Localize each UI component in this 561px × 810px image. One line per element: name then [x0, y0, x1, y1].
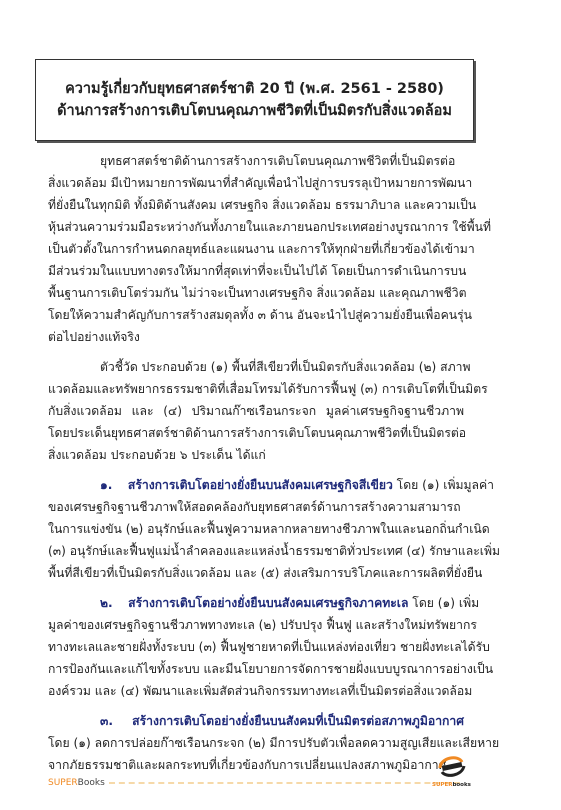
text-line: ที่ยั่งยืนในทุกมิติ ทั้งมิติด้านสังคม เศ… [48, 194, 464, 216]
item-heading-line: ๑. สร้างการเติบโตอย่างยั่งยืนบนสังคมเศรษ… [48, 474, 464, 496]
footer-brand: SUPERBooks [48, 778, 105, 788]
text-line: สิ่งแวดล้อม ประกอบด้วย ๖ ประเด็น ได้แก่ [48, 444, 464, 466]
text-line: แวดล้อมและทรัพยากรธรรมชาติที่เสื่อมโทรมไ… [48, 378, 464, 400]
text-line: มีส่วนร่วมในแบบทางตรงให้มากที่สุดเท่าที่… [48, 260, 464, 282]
title-box: ความรู้เกี่ยวกับยุทธศาสตร์ชาติ 20 ปี (พ.… [35, 59, 474, 141]
text-line: กับสิ่งแวดล้อม และ (๔) ปริมาณก๊าซเรือนกร… [48, 400, 464, 422]
footer-divider [109, 782, 460, 784]
item-heading: สร้างการเติบโตอย่างยั่งยืนบนสังคมเศรษฐกิ… [128, 596, 408, 610]
intro-paragraph: ยุทธศาสตร์ชาติด้านการสร้างการเติบโตบนคุณ… [48, 150, 464, 348]
swirl-logo-icon [432, 752, 472, 782]
document-body: ยุทธศาสตร์ชาติด้านการสร้างการเติบโตบนคุณ… [48, 150, 464, 784]
text-line: พื้นที่สีเขียวที่เป็นมิตรกับสิ่งแวดล้อม … [48, 562, 464, 584]
strategy-item-3: ๓. สร้างการเติบโตอย่างยั่งยืนบนสังคมที่เ… [48, 710, 464, 776]
page-footer: SUPERBooks [48, 776, 464, 790]
text-line: ของเศรษฐกิจฐานชีวภาพให้สอดคล้องกับยุทธศา… [48, 496, 464, 518]
item-heading-line: ๓. สร้างการเติบโตอย่างยั่งยืนบนสังคมที่เ… [48, 710, 464, 732]
item-heading: สร้างการเติบโตอย่างยั่งยืนบนสังคมเศรษฐกิ… [128, 478, 393, 492]
strategy-item-1: ๑. สร้างการเติบโตอย่างยั่งยืนบนสังคมเศรษ… [48, 474, 464, 584]
text-line: ตัวชี้วัด ประกอบด้วย (๑) พื้นที่สีเขียวท… [48, 356, 464, 378]
text-line: สิ่งแวดล้อม มีเป้าหมายการพัฒนาที่สำคัญเพ… [48, 172, 464, 194]
item-heading-rest: โดย (๑) เพิ่มมูลค่า [393, 478, 494, 492]
title-line-2: ด้านการสร้างการเติบโตบนคุณภาพชีวิตที่เป็… [57, 100, 452, 122]
superbooks-logo: SUPERbooks [432, 752, 472, 794]
item-heading-line: ๒. สร้างการเติบโตอย่างยั่งยืนบนสังคมเศรษ… [48, 592, 464, 614]
text-line: หุ้นส่วนความร่วมมือระหว่างกันทั้งภายในแล… [48, 216, 464, 238]
item-number: ๓. [100, 714, 113, 728]
text-line: ยุทธศาสตร์ชาติด้านการสร้างการเติบโตบนคุณ… [48, 150, 464, 172]
item-heading: สร้างการเติบโตอย่างยั่งยืนบนสังคมที่เป็น… [132, 714, 464, 728]
text-line: (๓) อนุรักษ์และฟื้นฟูแม่น้ำลำคลองและแหล่… [48, 540, 464, 562]
text-line: โดยให้ความสำคัญกับการสร้างสมดุลทั้ง ๓ ด้… [48, 304, 464, 326]
text-line: โดย (๑) ลดการปล่อยก๊าซเรือนกระจก (๒) มีก… [48, 732, 464, 754]
text-line: พื้นฐานการเติบโตร่วมกัน ไม่ว่าจะเป็นทางเ… [48, 282, 464, 304]
indicators-paragraph: ตัวชี้วัด ประกอบด้วย (๑) พื้นที่สีเขียวท… [48, 356, 464, 466]
logo-text: SUPERbooks [432, 782, 471, 788]
text-line: จากภัยธรรมชาติและผลกระทบที่เกี่ยวข้องกับ… [48, 754, 464, 776]
title-line-1: ความรู้เกี่ยวกับยุทธศาสตร์ชาติ 20 ปี (พ.… [65, 78, 444, 100]
item-number: ๒. [100, 596, 113, 610]
item-heading-rest: โดย (๑) เพิ่ม [408, 596, 479, 610]
text-line: องค์รวม และ (๔) พัฒนาและเพิ่มสัดส่วนกิจก… [48, 680, 464, 702]
text-line: การป้องกันและแก้ไขทั้งระบบ และมีนโยบายกา… [48, 658, 464, 680]
text-line: มูลค่าของเศรษฐกิจฐานชีวภาพทางทะเล (๒) ปร… [48, 614, 464, 636]
strategy-item-2: ๒. สร้างการเติบโตอย่างยั่งยืนบนสังคมเศรษ… [48, 592, 464, 702]
text-line: ในการแข่งขัน (๒) อนุรักษ์และฟื้นฟูความหล… [48, 518, 464, 540]
text-line: โดยประเด็นยุทธศาสตร์ชาติด้านการสร้างการเ… [48, 422, 464, 444]
item-number: ๑. [100, 478, 112, 492]
text-line: เป็นตัวตั้งในการกำหนดกลยุทธ์และแผนงาน แล… [48, 238, 464, 260]
text-line: ทางทะเลและชายฝั่งทั้งระบบ (๓) ฟื้นฟูชายห… [48, 636, 464, 658]
text-line: ต่อไปอย่างแท้จริง [48, 326, 464, 348]
